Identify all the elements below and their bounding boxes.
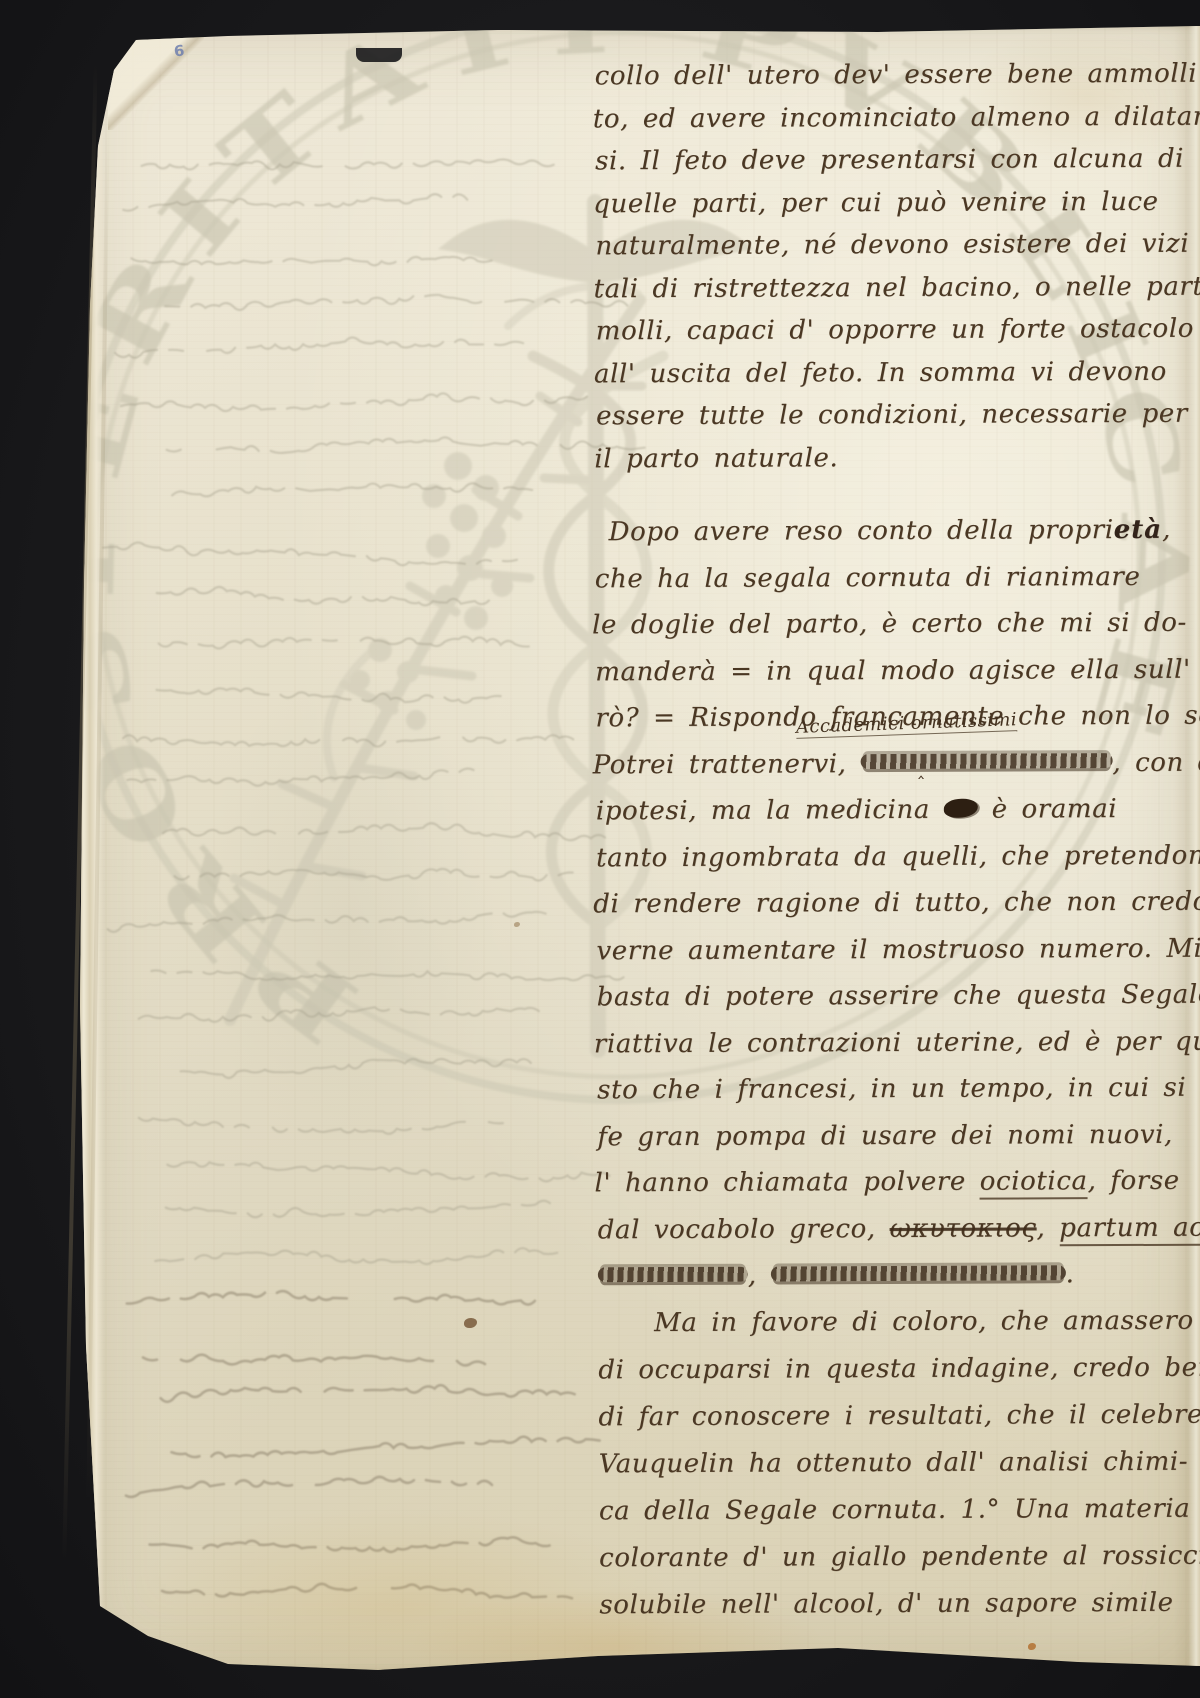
- manuscript-line: verne aumentare il mostruoso numero. Mi: [596, 925, 1200, 974]
- manuscript-line: , .: [598, 1251, 1200, 1300]
- manuscript-line: essere tutte le condizioni, necessarie p…: [596, 393, 1200, 438]
- text-segment: molli, capaci d' opporre un forte ostaco…: [596, 314, 1194, 347]
- manuscript-line: manderà = in qual modo agisce ella sull'…: [595, 646, 1200, 695]
- manuscript-line: dal vocabolo greco, ωκυτοκιος, partum ac…: [598, 1204, 1200, 1253]
- manuscript-line: collo dell' utero dev' essere bene ammol…: [595, 53, 1200, 98]
- text-segment: collo dell' utero dev' essere bene ammol…: [595, 59, 1198, 92]
- text-segment: to, ed avere incominciato almeno a dilat…: [593, 101, 1200, 134]
- manuscript-line: Potrei trattenervi, , con delle: [593, 739, 1199, 788]
- manuscript-line: basta di potere asserire che questa Sega…: [597, 972, 1200, 1021]
- text-segment: ,: [1036, 1213, 1059, 1243]
- text-segment: all' uscita del feto. In somma vi devono: [594, 356, 1167, 388]
- text-segment: dal vocabolo greco,: [598, 1214, 890, 1245]
- text-segment: solubile nell' alcool, d' un sapore simi…: [599, 1587, 1173, 1620]
- manuscript-line: colorante d' un giallo pendente al rossi…: [599, 1532, 1200, 1582]
- text-segment: , con delle: [1112, 747, 1200, 778]
- manuscript-line: fe gran pompa di usare dei nomi nuovi,: [597, 1111, 1200, 1160]
- text-segment: Potrei trattenervi,: [593, 749, 861, 780]
- text-segment: partum accele-: [1059, 1212, 1200, 1246]
- manuscript-line: naturalmente, né devono esistere dei viz…: [595, 223, 1200, 268]
- text-segment: .: [1066, 1259, 1075, 1289]
- text-segment: di far conoscere i resultati, che il cel…: [598, 1399, 1200, 1432]
- manuscript-line: che ha la segala cornuta di rianimare: [595, 553, 1200, 602]
- manuscript-line: tali di ristrettezza nel bacino, o nelle…: [593, 265, 1199, 310]
- text-segment: naturalmente, né devono esistere dei viz…: [595, 229, 1189, 262]
- text-segment: Vauquelin ha ottenuto dall' analisi chim…: [599, 1446, 1189, 1479]
- text-segment: ,: [1162, 515, 1171, 545]
- paragraph: Dopo avere reso conto della proprietà,ch…: [595, 507, 1200, 1300]
- manuscript-line: di far conoscere i resultati, che il cel…: [598, 1391, 1200, 1441]
- text-segment: essere tutte le condizioni, necessarie p…: [596, 399, 1188, 432]
- manuscript-line: l' hanno chiamata polvere ociotica, fors…: [594, 1158, 1200, 1207]
- manuscript-line: quelle parti, per cui può venire in luce: [593, 180, 1199, 225]
- text-segment: colorante d' un giallo pendente al rossi…: [599, 1540, 1200, 1573]
- photo-backdrop: PROSPERITATI PVBLICAE 6 collo dell' uter…: [0, 0, 1200, 1698]
- inked-out-scribble: [860, 753, 1112, 769]
- text-segment: tali di ristrettezza nel bacino, o nelle…: [594, 271, 1200, 304]
- text-segment: riattiva le contrazioni uterine, ed è pe…: [594, 1026, 1200, 1059]
- text-segment: quelle parti, per cui può venire in luce: [593, 186, 1159, 218]
- text-segment: tanto ingombrata da quelli, che pretendo…: [596, 840, 1200, 873]
- text-segment: di rendere ragione di tutto, che non cre…: [593, 886, 1200, 919]
- text-segment: di occuparsi in questa indagine, credo b…: [598, 1352, 1200, 1385]
- manuscript-page: PROSPERITATI PVBLICAE 6 collo dell' uter…: [78, 26, 1200, 1672]
- text-segment: ipotesi, ma la medicina: [596, 795, 944, 827]
- edge-tear: [356, 48, 402, 62]
- text-segment: età: [1114, 515, 1163, 545]
- text-segment: l' hanno chiamata polvere: [594, 1167, 979, 1199]
- manuscript-line: il parto naturale.: [594, 435, 1200, 480]
- text-segment: ωκυτοκιος: [890, 1213, 1037, 1244]
- corner-fold: [108, 34, 204, 130]
- manuscript-line: to, ed avere incominciato almeno a dilat…: [593, 95, 1199, 140]
- insertion-caret: ‸: [918, 759, 924, 780]
- text-segment: fe gran pompa di usare dei nomi nuovi,: [597, 1119, 1173, 1152]
- manuscript-line: solubile nell' alcool, d' un sapore simi…: [599, 1579, 1200, 1629]
- ink-blot: [944, 798, 978, 817]
- text-segment: ca della Segale cornuta. 1.° Una materia: [599, 1493, 1191, 1526]
- manuscript-line: si. Il feto deve presentarsi con alcuna …: [595, 138, 1200, 183]
- text-segment: verne aumentare il mostruoso numero. Mi: [596, 933, 1200, 966]
- manuscript-line: ca della Segale cornuta. 1.° Una materia: [599, 1485, 1200, 1535]
- manuscript-line: le doglie del parto, è certo che mi si d…: [592, 600, 1198, 649]
- manuscript-line: di occuparsi in questa indagine, credo b…: [598, 1344, 1200, 1394]
- text-segment: Dopo avere reso conto della propri: [609, 515, 1114, 547]
- text-segment: ,: [748, 1261, 771, 1291]
- folio-number: 6: [173, 42, 185, 61]
- manuscript-line: Vauquelin ha ottenuto dall' analisi chim…: [599, 1438, 1200, 1488]
- text-segment: è oramai: [978, 794, 1118, 825]
- text-segment: sto che i francesi, in un tempo, in cui …: [597, 1073, 1186, 1106]
- inked-out-scribble: [598, 1266, 748, 1282]
- manuscript-line: riattiva le contrazioni uterine, ed è pe…: [594, 1018, 1200, 1067]
- text-segment: Ma in favore di coloro, che amassero: [654, 1305, 1194, 1337]
- text-segment: ociotica: [980, 1166, 1088, 1199]
- inked-out-scribble: [771, 1265, 1066, 1281]
- paragraph: Ma in favore di coloro, che amasserodi o…: [598, 1297, 1200, 1629]
- text-segment: le doglie del parto, è certo che mi si d…: [592, 608, 1187, 641]
- manuscript-line: ipotesi, ma la medicina è oramai: [596, 786, 1200, 835]
- text-segment: si. Il feto deve presentarsi con alcuna …: [595, 144, 1184, 177]
- text-segment: il parto naturale.: [594, 443, 838, 474]
- manuscript-line: Ma in favore di coloro, che amassero: [598, 1297, 1200, 1347]
- text-segment: che ha la segala cornuta di rianimare: [595, 561, 1141, 593]
- manuscript-line: all' uscita del feto. In somma vi devono: [594, 350, 1200, 395]
- manuscript-line: di rendere ragione di tutto, che non cre…: [593, 879, 1199, 928]
- manuscript-text-column: collo dell' utero dev' essere bene ammol…: [593, 53, 1200, 1629]
- text-segment: basta di potere asserire che questa Sega…: [597, 980, 1200, 1013]
- text-segment: , forse: [1087, 1166, 1179, 1196]
- paragraph: collo dell' utero dev' essere bene ammol…: [593, 53, 1200, 481]
- manuscript-line: sto che i francesi, in un tempo, in cui …: [597, 1065, 1200, 1114]
- manuscript-line: molli, capaci d' opporre un forte ostaco…: [596, 308, 1200, 353]
- manuscript-line: Dopo avere reso conto della proprietà,: [595, 507, 1200, 556]
- manuscript-line: tanto ingombrata da quelli, che pretendo…: [596, 832, 1200, 881]
- text-segment: manderà = in qual modo agisce ella sull'…: [595, 654, 1200, 687]
